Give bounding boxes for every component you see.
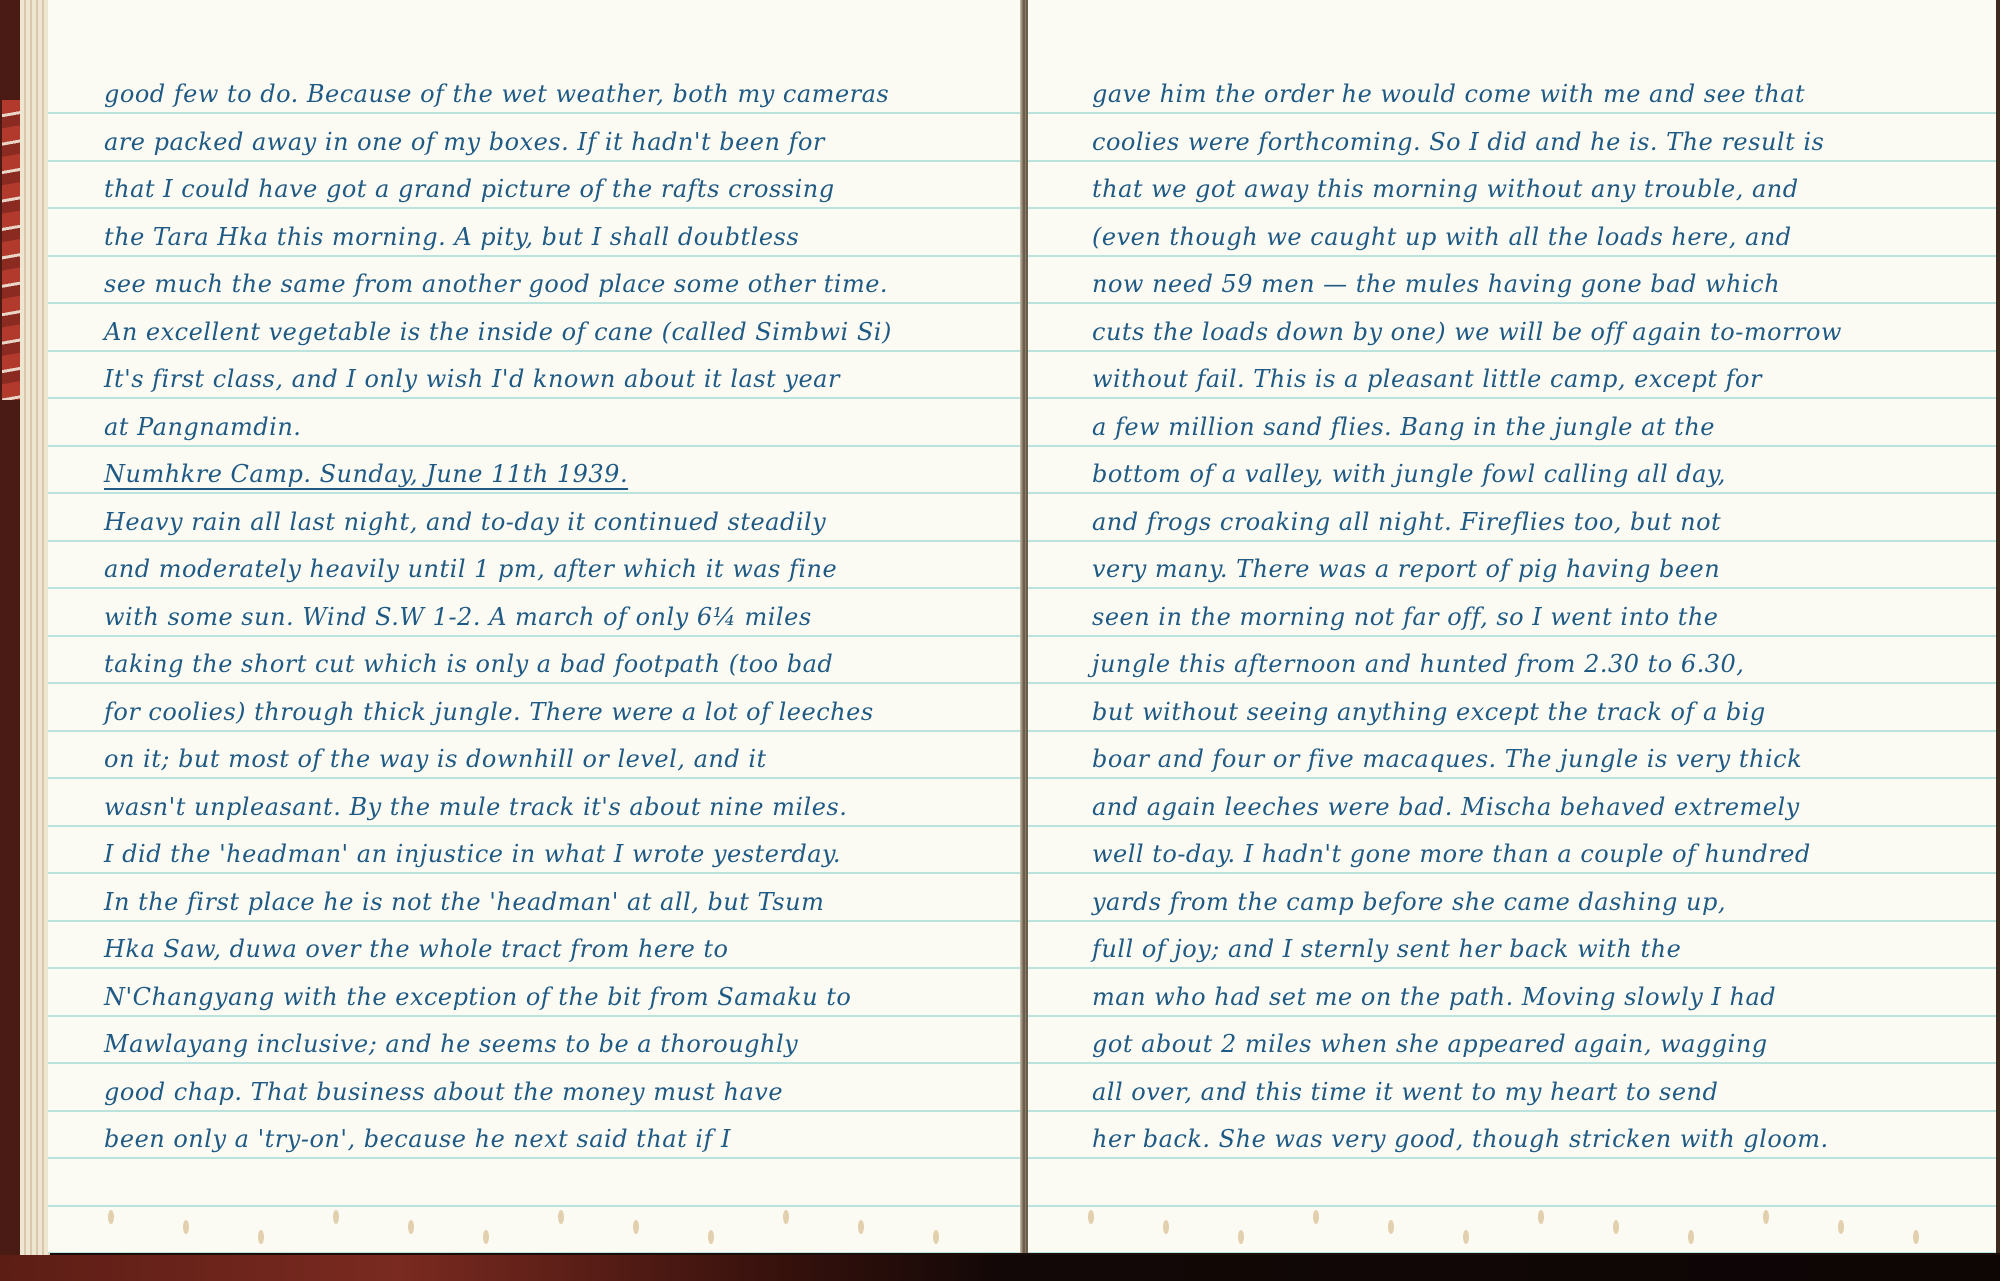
handwritten-line: see much the same from another good plac… [104,270,888,298]
ruled-line [48,682,1022,684]
ruled-line [48,872,1022,874]
ruled-line [1028,350,1996,352]
handwritten-line: Hka Saw, duwa over the whole tract from … [104,935,729,963]
handwritten-line: man who had set me on the path. Moving s… [1092,983,1776,1011]
ruled-line [1028,445,1996,447]
paper-stain [1838,1220,1844,1234]
handwritten-line: boar and four or five macaques. The jung… [1092,745,1802,773]
handwritten-line: very many. There was a report of pig hav… [1092,555,1720,583]
handwritten-line: that we got away this morning without an… [1092,175,1799,203]
paper-stain [1463,1230,1469,1244]
handwritten-line: all over, and this time it went to my he… [1092,1078,1718,1106]
ruled-line [48,587,1022,589]
ruled-line [1028,492,1996,494]
ruled-line [1028,920,1996,922]
handwritten-line: been only a 'try-on', because he next sa… [104,1125,731,1153]
ruled-line [48,112,1022,114]
ruled-line [48,445,1022,447]
handwritten-line: are packed away in one of my boxes. If i… [104,128,825,156]
ruled-line [1028,255,1996,257]
handwritten-line: An excellent vegetable is the inside of … [104,318,892,346]
handwritten-line: and frogs croaking all night. Fireflies … [1092,508,1721,536]
ruled-line [48,967,1022,969]
handwritten-line: and again leeches were bad. Mischa behav… [1092,793,1800,821]
paper-stain [633,1220,639,1234]
handwritten-line: now need 59 men — the mules having gone … [1092,270,1780,298]
handwritten-line: well to-day. I hadn't gone more than a c… [1092,840,1811,868]
paper-stain [783,1210,789,1224]
ruled-line [1028,635,1996,637]
handwritten-line: at Pangnamdin. [104,413,301,441]
ruled-line [1028,302,1996,304]
ruled-line [1028,682,1996,684]
handwritten-line: seen in the morning not far off, so I we… [1092,603,1719,631]
ruled-line [48,207,1022,209]
ruled-line [1028,397,1996,399]
ruled-line [1028,730,1996,732]
ruled-line [1028,777,1996,779]
handwritten-line: got about 2 miles when she appeared agai… [1092,1030,1768,1058]
handwritten-line: coolies were forthcoming. So I did and h… [1092,128,1824,156]
handwritten-line: Mawlayang inclusive; and he seems to be … [104,1030,798,1058]
paper-stain [483,1230,489,1244]
right-page: gave him the order he would come with me… [1026,0,2000,1253]
ruled-line [1028,825,1996,827]
paper-stain [558,1210,564,1224]
ruled-line [1028,207,1996,209]
handwritten-line: wasn't unpleasant. By the mule track it'… [104,793,847,821]
ruled-line [48,302,1022,304]
handwritten-line: (even though we caught up with all the l… [1092,223,1792,251]
handwritten-line: a few million sand flies. Bang in the ju… [1092,413,1715,441]
ruled-line [48,255,1022,257]
handwritten-line: on it; but most of the way is downhill o… [104,745,767,773]
handwritten-line: bottom of a valley, with jungle fowl cal… [1092,460,1726,488]
ruled-line [48,1062,1022,1064]
ruled-line [1028,1205,1996,1207]
paper-stain [408,1220,414,1234]
ruled-line [48,730,1022,732]
ruled-line [48,160,1022,162]
ruled-line [1028,1062,1996,1064]
handwritten-line: good chap. That business about the money… [104,1078,783,1106]
handwritten-line: good few to do. Because of the wet weath… [104,80,889,108]
paper-stain [1613,1220,1619,1234]
ruled-line [1028,112,1996,114]
left-page: good few to do. Because of the wet weath… [48,0,1024,1253]
paper-stain [1163,1220,1169,1234]
ruled-line [1028,1157,1996,1159]
ruled-line [48,350,1022,352]
ruled-line [48,397,1022,399]
ruled-line [48,777,1022,779]
ruled-line [1028,1252,1996,1253]
ruled-line [1028,540,1996,542]
ruled-line [1028,587,1996,589]
book-cover-bottom [0,1255,2000,1281]
paper-stain [1088,1210,1094,1224]
paper-stain [933,1230,939,1244]
handwritten-line: yards from the camp before she came dash… [1092,888,1726,916]
ruled-line [48,920,1022,922]
paper-stain [1238,1230,1244,1244]
paper-stain [1388,1220,1394,1234]
ruled-line [48,1252,1022,1253]
ruled-line [48,1015,1022,1017]
ruled-line [48,1110,1022,1112]
handwritten-line: It's first class, and I only wish I'd kn… [104,365,840,393]
paper-stain [1538,1210,1544,1224]
handwritten-line: without fail. This is a pleasant little … [1092,365,1762,393]
page-block-edges [20,0,50,1255]
handwritten-line: but without seeing anything except the t… [1092,698,1766,726]
paper-stain [858,1220,864,1234]
handwritten-line: cuts the loads down by one) we will be o… [1092,318,1842,346]
ruled-line [48,1205,1022,1207]
paper-stain [1763,1210,1769,1224]
ruled-line [48,1157,1022,1159]
ruled-line [1028,1015,1996,1017]
paper-stain [108,1210,114,1224]
marbled-cover-edge [2,100,20,400]
paper-stain [333,1210,339,1224]
ruled-line [48,635,1022,637]
handwritten-line: N'Changyang with the exception of the bi… [104,983,851,1011]
handwritten-line: full of joy; and I sternly sent her back… [1092,935,1681,963]
handwritten-line: Heavy rain all last night, and to-day it… [104,508,826,536]
handwritten-line: In the first place he is not the 'headma… [104,888,824,916]
ruled-line [1028,1110,1996,1112]
paper-stain [1688,1230,1694,1244]
paper-stain [258,1230,264,1244]
handwritten-line: her back. She was very good, though stri… [1092,1125,1829,1153]
paper-stain [1313,1210,1319,1224]
ruled-line [1028,160,1996,162]
ruled-line [1028,967,1996,969]
paper-stain [708,1230,714,1244]
ruled-line [1028,872,1996,874]
paper-stain [183,1220,189,1234]
handwritten-line: and moderately heavily until 1 pm, after… [104,555,837,583]
handwritten-line: for coolies) through thick jungle. There… [104,698,874,726]
handwritten-line: that I could have got a grand picture of… [104,175,835,203]
handwritten-line: gave him the order he would come with me… [1092,80,1805,108]
handwritten-line: taking the short cut which is only a bad… [104,650,833,678]
handwritten-line: I did the 'headman' an injustice in what… [104,840,841,868]
diary-entry-heading: Numhkre Camp. Sunday, June 11th 1939. [104,460,628,488]
handwritten-line: jungle this afternoon and hunted from 2.… [1092,650,1744,678]
handwritten-line: the Tara Hka this morning. A pity, but I… [104,223,799,251]
handwritten-line: with some sun. Wind S.W 1-2. A march of … [104,603,812,631]
book-cover-spine [0,0,22,1281]
ruled-line [48,492,1022,494]
paper-stain [1913,1230,1919,1244]
ruled-line [48,540,1022,542]
ruled-line [48,825,1022,827]
